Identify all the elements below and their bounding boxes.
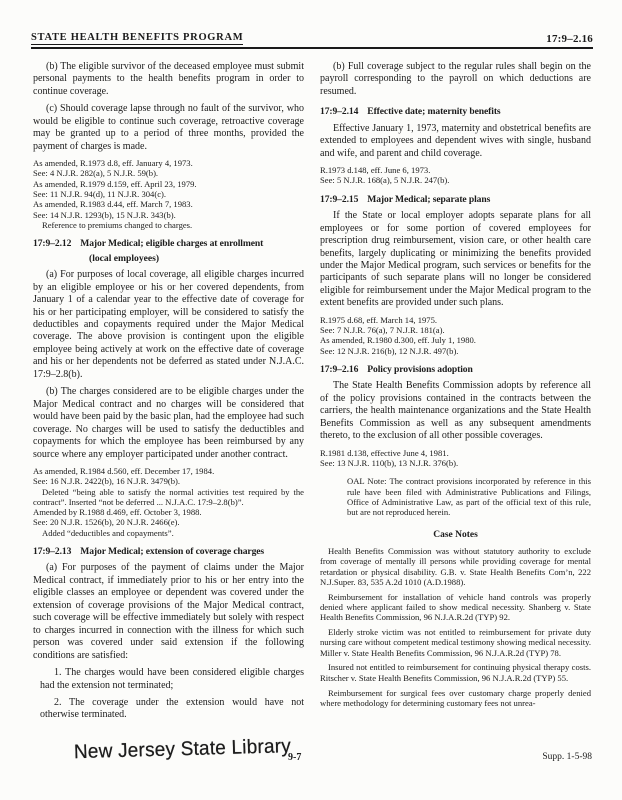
running-head-section: 17:9–2.16 — [546, 33, 593, 45]
section-title: Major Medical; separate plans — [367, 194, 490, 205]
citation-note: Added “deductibles and copayments”. — [33, 528, 304, 538]
citation-block: R.1975 d.68, eff. March 14, 1975. See: 7… — [320, 315, 591, 356]
citation-line: See: 4 N.J.R. 282(a), 5 N.J.R. 59(b). — [33, 168, 304, 178]
numbered-item: 2. The coverage under the extension woul… — [40, 697, 304, 722]
section-number: 17:9–2.13 — [33, 546, 71, 557]
section-heading: 17:9–2.14Effective date; maternity benef… — [320, 106, 591, 118]
citation-line: See: 14 N.J.R. 1293(b), 15 N.J.R. 343(b)… — [33, 210, 304, 220]
section-title: Policy provisions adoption — [367, 364, 472, 375]
citation-line: R.1973 d.148, eff. June 6, 1973. — [320, 165, 591, 175]
citation-note: Reference to premiums changed to charges… — [33, 220, 304, 230]
paragraph: (c) Should coverage lapse through no fau… — [33, 103, 304, 153]
citation-block: R.1981 d.138, effective June 4, 1981. Se… — [320, 448, 591, 469]
citation-line: As amended, R.1979 d.159, eff. April 23,… — [33, 179, 304, 189]
section-number: 17:9–2.16 — [320, 364, 358, 375]
running-head-title: STATE HEALTH BENEFITS PROGRAM — [31, 32, 243, 45]
paragraph: (b) The eligible survivor of the decease… — [33, 61, 304, 98]
numbered-item: 1. The charges would have been considere… — [40, 667, 304, 692]
case-note: Reimbursement for surgical fees over cus… — [320, 688, 591, 709]
paragraph: If the State or local employer adopts se… — [320, 210, 591, 310]
library-stamp: New Jersey State Library — [74, 736, 292, 765]
paragraph: (b) The charges considered are to be eli… — [33, 386, 304, 461]
section-title: Major Medical; eligible charges at enrol… — [80, 238, 263, 249]
section-heading: 17:9–2.16Policy provisions adoption — [320, 364, 591, 376]
citation-block: As amended, R.1973 d.8, eff. January 4, … — [33, 158, 304, 230]
citation-line: R.1975 d.68, eff. March 14, 1975. — [320, 315, 591, 325]
section-title: Effective date; maternity benefits — [367, 106, 500, 117]
section-heading: 17:9–2.12Major Medical; eligible charges… — [33, 238, 304, 250]
two-column-body: (b) The eligible survivor of the decease… — [33, 60, 591, 727]
citation-line: Amended by R.1988 d.469, eff. October 3,… — [33, 507, 304, 517]
paragraph: The State Health Benefits Commission ado… — [320, 380, 591, 442]
citation-line: See: 5 N.J.R. 168(a), 5 N.J.R. 247(b). — [320, 175, 591, 185]
case-note: Health Benefits Commission was without s… — [320, 546, 591, 587]
section-title: Major Medical; extension of coverage cha… — [80, 546, 264, 557]
section-number: 17:9–2.12 — [33, 238, 71, 249]
section-heading: 17:9–2.15Major Medical; separate plans — [320, 194, 591, 206]
citation-line: As amended, R.1984 d.560, eff. December … — [33, 466, 304, 476]
citation-line: See: 16 N.J.R. 2422(b), 16 N.J.R. 3479(b… — [33, 476, 304, 486]
case-note: Insured not entitled to reimbursement fo… — [320, 662, 591, 683]
paragraph: (a) For purposes of the payment of claim… — [33, 562, 304, 662]
page-number: 9-7 — [288, 752, 301, 763]
citation-line: See: 12 N.J.R. 216(b), 12 N.J.R. 497(b). — [320, 346, 591, 356]
paragraph: Effective January 1, 1973, maternity and… — [320, 123, 591, 160]
citation-block: As amended, R.1984 d.560, eff. December … — [33, 466, 304, 538]
header-rule — [31, 47, 593, 49]
citation-note: Deleted “being able to satisfy the norma… — [33, 487, 304, 508]
citation-line: R.1981 d.138, effective June 4, 1981. — [320, 448, 591, 458]
citation-block: R.1973 d.148, eff. June 6, 1973. See: 5 … — [320, 165, 591, 186]
citation-line: See: 7 N.J.R. 76(a), 7 N.J.R. 181(a). — [320, 325, 591, 335]
section-subtitle: (local employees) — [33, 253, 304, 265]
citation-line: As amended, R.1983 d.44, eff. March 7, 1… — [33, 199, 304, 209]
column-right: (b) Full coverage subject to the regular… — [320, 60, 591, 727]
case-note: Reimbursement for installation of vehicl… — [320, 592, 591, 623]
oal-note: OAL Note: The contract provisions incorp… — [347, 476, 591, 517]
case-note: Elderly stroke victim was not entitled t… — [320, 627, 591, 658]
column-left: (b) The eligible survivor of the decease… — [33, 60, 304, 727]
document-page: STATE HEALTH BENEFITS PROGRAM 17:9–2.16 … — [0, 0, 622, 800]
citation-line: As amended, R.1973 d.8, eff. January 4, … — [33, 158, 304, 168]
paragraph: (a) For purposes of local coverage, all … — [33, 269, 304, 381]
paragraph: (b) Full coverage subject to the regular… — [320, 61, 591, 98]
supplement-label: Supp. 1-5-98 — [542, 752, 592, 762]
section-number: 17:9–2.14 — [320, 106, 358, 117]
citation-line: See: 13 N.J.R. 110(b), 13 N.J.R. 376(b). — [320, 458, 591, 468]
case-notes-title: Case Notes — [320, 529, 591, 541]
citation-line: See: 11 N.J.R. 94(d), 11 N.J.R. 304(c). — [33, 189, 304, 199]
citation-line: As amended, R.1980 d.300, eff. July 1, 1… — [320, 335, 591, 345]
section-number: 17:9–2.15 — [320, 194, 358, 205]
page-header: STATE HEALTH BENEFITS PROGRAM 17:9–2.16 — [31, 32, 593, 49]
citation-line: See: 20 N.J.R. 1526(b), 20 N.J.R. 2466(e… — [33, 517, 304, 527]
section-heading: 17:9–2.13Major Medical; extension of cov… — [33, 546, 304, 558]
